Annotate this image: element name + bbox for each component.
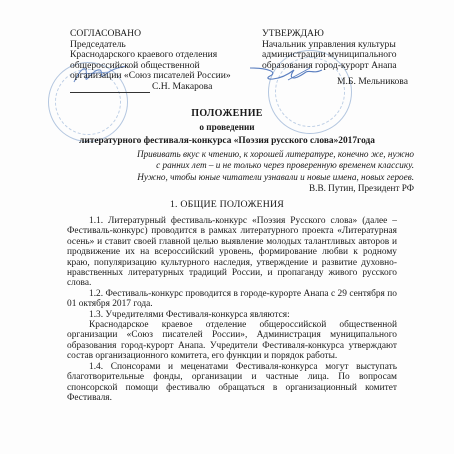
paragraph-founders: Краснодарское краевое отделение общеросс… (67, 320, 397, 362)
signature-blank (70, 84, 150, 93)
approval-heading-right: УТВЕРЖДАЮ (262, 29, 447, 40)
approval-heading-left: СОГЛАСОВАНО (70, 29, 245, 40)
signatory-name-left: С.Н. Макарова (152, 82, 212, 93)
signature-line-left: С.Н. Макарова (70, 82, 245, 93)
epigraph-line: Нужно, чтобы юные читатели узнавали и но… (74, 172, 414, 183)
paragraph-1-4: 1.4. Спонсорами и меценатами Фестиваля-к… (67, 362, 397, 404)
epigraph-line: Прививать вкус к чтению, к хорошей литер… (74, 149, 414, 160)
section-heading: 1. ОБЩИЕ ПОЛОЖЕНИЯ (0, 199, 454, 210)
document-full-title: литературного фестиваля-конкурса «Поэзия… (0, 136, 454, 146)
approval-line: образования город-курорт Анапа (262, 61, 447, 72)
document-title: ПОЛОЖЕНИЕ (0, 108, 454, 119)
epigraph: Прививать вкус к чтению, к хорошей литер… (74, 149, 414, 195)
epigraph-author: В.В. Путин, Президент РФ (74, 183, 414, 194)
signatory-name-right: М.Б. Мельникова (337, 77, 408, 88)
epigraph-line: с ранних лет – и не только через провере… (74, 160, 414, 171)
document-subtitle: о проведении (0, 122, 454, 132)
paragraph-1-3: 1.3. Учредителями Фестиваля-конкурса явл… (67, 310, 397, 320)
paragraph-1-1: 1.1. Литературный фестиваль-конкурс «Поэ… (67, 216, 397, 289)
signature-line-right: М.Б. Мельникова (262, 77, 447, 88)
approval-block-right: УТВЕРЖДАЮ Начальник управления культуры … (262, 29, 447, 88)
paragraph-1-2: 1.2. Фестиваль-конкурс проводится в горо… (67, 289, 397, 310)
approval-block-left: СОГЛАСОВАНО Председатель Краснодарского … (70, 29, 245, 93)
document-page: СОГЛАСОВАНО Председатель Краснодарского … (0, 0, 454, 454)
section-body: 1.1. Литературный фестиваль-конкурс «Поэ… (67, 216, 397, 403)
